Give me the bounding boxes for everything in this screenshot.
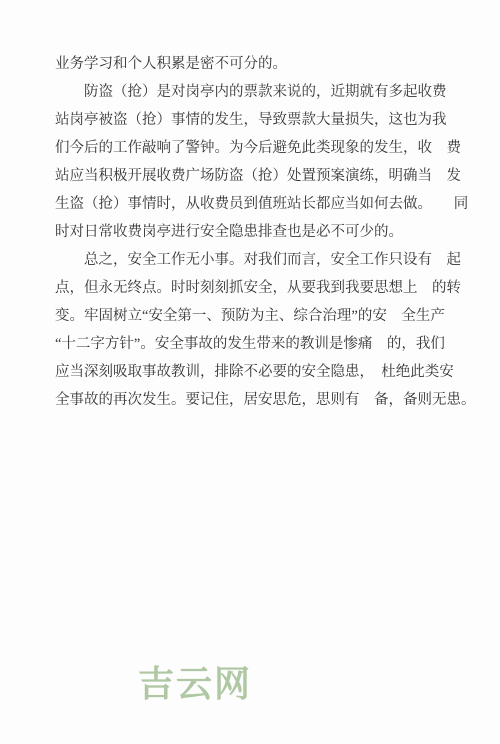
text-line: 站应当积极开展收费广场防盗（抢）处置预案演练，明确当 发 xyxy=(55,162,467,190)
document-page: 业务学习和个人积累是密不可分的。防盗（抢）是对岗亭内的票款来说的，近期就有多起收… xyxy=(0,0,500,744)
text-line: 点，但永无终点。时时刻刻抓安全，从要我到我要思想上 的转 xyxy=(55,274,467,302)
text-line: 业务学习和个人积累是密不可分的。 xyxy=(55,50,467,78)
paragraph: 总之，安全工作无小事。对我们而言，安全工作只设有 起点，但永无终点。时时刻刻抓安… xyxy=(55,246,467,414)
text-line: “十二字方针”。安全事故的发生带来的教训是惨痛 的，我们 xyxy=(55,330,467,358)
text-line: 应当深刻吸取事故教训，排除不必要的安全隐患， 杜绝此类安 xyxy=(55,358,467,386)
text-line: 变。牢固树立“安全第一、预防为主、综合治理”的安 全生产 xyxy=(55,302,467,330)
paragraph: 业务学习和个人积累是密不可分的。 xyxy=(55,50,467,78)
text-line: 全事故的再次发生。要记住，居安思危，思则有 备，备则无患。 xyxy=(55,386,467,414)
text-line: 防盗（抢）是对岗亭内的票款来说的，近期就有多起收费 xyxy=(55,78,467,106)
text-line: 时对日常收费岗亭进行安全隐患排查也是必不可少的。 xyxy=(55,218,467,246)
paragraph: 防盗（抢）是对岗亭内的票款来说的，近期就有多起收费站岗亭被盗（抢）事情的发生，导… xyxy=(55,78,467,246)
watermark-logo: 吉云网 xyxy=(138,665,252,705)
document-body: 业务学习和个人积累是密不可分的。防盗（抢）是对岗亭内的票款来说的，近期就有多起收… xyxy=(55,50,467,414)
text-line: 总之，安全工作无小事。对我们而言，安全工作只设有 起 xyxy=(55,246,467,274)
text-line: 站岗亭被盗（抢）事情的发生，导致票款大量损失，这也为我 xyxy=(55,106,467,134)
text-line: 们今后的工作敲响了警钟。为今后避免此类现象的发生，收 费 xyxy=(55,134,467,162)
text-line: 生盗（抢）事情时，从收费员到值班站长都应当如何去做。 同 xyxy=(55,190,467,218)
